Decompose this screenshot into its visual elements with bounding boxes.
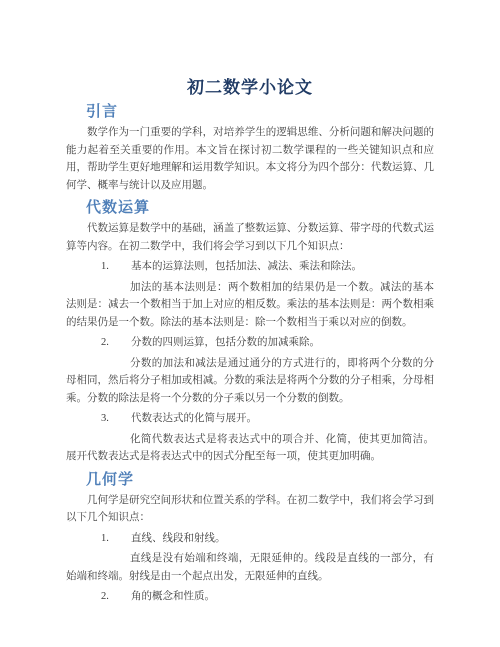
paragraph-introduction: 数学作为一门重要的学科，对培养学生的逻辑思维、分析问题和解决问题的能力起着至关重… [66,124,434,194]
list-item-title: 代数表达式的化简与展开。 [131,410,434,428]
list-item: 1. 直线、线段和射线。 [66,530,434,548]
list-item: 2. 角的概念和性质。 [66,588,434,606]
section-heading-introduction: 引言 [86,103,434,121]
list-item-number: 2. [101,334,131,352]
list-item-number: 3. [101,410,131,428]
paragraph-geometry-intro: 几何学是研究空间形状和位置关系的学科。在初二数学中，我们将会学习到以下几个知识点… [66,492,434,527]
list-item-title: 分数的四则运算，包括分数的加减乘除。 [131,334,434,352]
list-item: 1. 基本的运算法则，包括加法、减法、乘法和除法。 [66,258,434,276]
list-item-number: 2. [101,588,131,606]
list-item-title: 直线、线段和射线。 [131,530,434,548]
section-heading-geometry: 几何学 [86,471,434,489]
list-item: 2. 分数的四则运算，包括分数的加减乘除。 [66,334,434,352]
list-item-detail: 分数的加法和减法是通过通分的方式进行的，即将两个分数的分母相同，然后将分子相加或… [66,355,434,408]
document-title: 初二数学小论文 [66,78,434,98]
paragraph-algebra-intro: 代数运算是数学中的基础，涵盖了整数运算、分数运算、带字母的代数式运算等内容。在初… [66,220,434,255]
list-item-detail: 直线是没有始端和终端，无限延伸的。线段是直线的一部分，有始端和终端。射线是由一个… [66,550,434,585]
list-item-number: 1. [101,530,131,548]
list-item-detail: 加法的基本法则是：两个数相加的结果仍是一个数。减法的基本法则是：减去一个数相当于… [66,279,434,332]
list-item: 3. 代数表达式的化简与展开。 [66,410,434,428]
document-page: 初二数学小论文 引言 数学作为一门重要的学科，对培养学生的逻辑思维、分析问题和解… [0,0,500,647]
list-item-number: 1. [101,258,131,276]
list-item-title: 基本的运算法则，包括加法、减法、乘法和除法。 [131,258,434,276]
section-heading-algebra: 代数运算 [86,199,434,217]
list-item-detail: 化简代数表达式是将表达式中的项合并、化简，使其更加简洁。展开代数表达式是将表达式… [66,431,434,466]
list-item-title: 角的概念和性质。 [131,588,434,606]
